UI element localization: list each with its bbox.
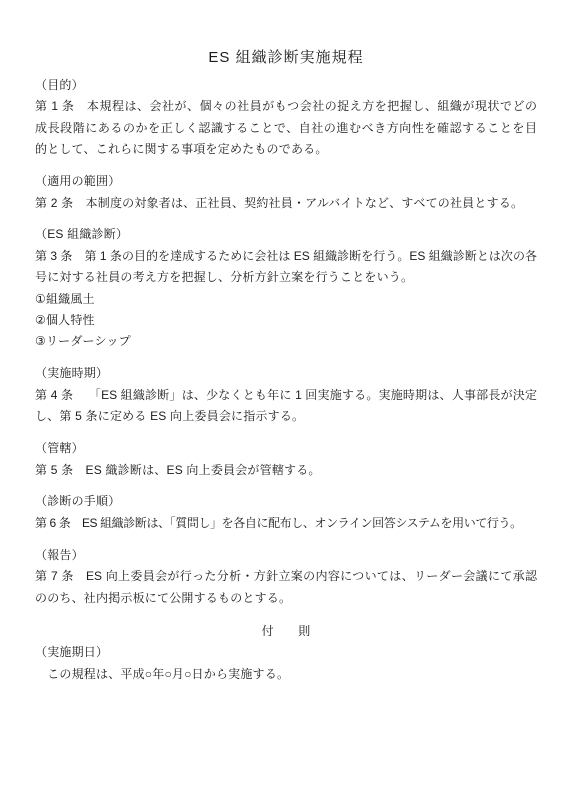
numbered-item: ②個人特性 — [35, 310, 537, 331]
section-heading: （管轄） — [35, 438, 537, 459]
section-heading: （実施時期） — [35, 363, 537, 384]
body-line: 第 3 条 第 1 条の目的を達成するために会社は ES 組織診断を行う。ES … — [35, 246, 537, 267]
section-es-diagnosis: （ES 組織診断） 第 3 条 第 1 条の目的を達成するために会社は ES 組… — [35, 224, 537, 352]
section-report: （報告） 第 7 条 ES 向上委員会が行った分析・方針立案の内容については、リ… — [35, 545, 537, 609]
section-scope: （適用の範囲） 第 2 条 本制度の対象者は、正社員、契約社員・アルバイトなど、… — [35, 171, 537, 214]
body-line: 第 7 条 ES 向上委員会が行った分析・方針立案の内容については、リーダー会議… — [35, 566, 537, 587]
numbered-item: ③リーダーシップ — [35, 331, 537, 352]
body-line: 的として、これらに関する事項を定めたものである。 — [35, 139, 537, 160]
section-heading: （報告） — [35, 545, 537, 566]
body-line: 第 6 条 ES 組織診断は、「質問し」を各自に配布し、オンライン回答システムを… — [35, 513, 537, 534]
body-line: 第 5 条 ES 織診断は、ES 向上委員会が管轄する。 — [35, 460, 537, 481]
document-title: ES 組織診断実施規程 — [35, 48, 537, 68]
body-line: ののち、社内掲示板にて公開するものとする。 — [35, 588, 537, 609]
regulation-document: ES 組織診断実施規程 （目的） 第 1 条 本規程は、会社が、個々の社員がもつ… — [0, 0, 570, 811]
section-heading: （適用の範囲） — [35, 171, 537, 192]
body-line: 成長段階にあるのかを正しく認識することで、自社の進むべき方向性を確認することを目 — [35, 118, 537, 139]
section-heading: （ES 組織診断） — [35, 224, 537, 245]
section-purpose: （目的） 第 1 条 本規程は、会社が、個々の社員がもつ会社の捉え方を把握し、組… — [35, 75, 537, 161]
section-timing: （実施時期） 第 4 条 「ES 組織診断」は、少なくとも年に 1 回実施する。… — [35, 363, 537, 427]
body-line: 号に対する社員の考え方を把握し、分析方針立案を行うことをいう。 — [35, 267, 537, 288]
section-heading: （実施期日） — [35, 642, 537, 663]
body-line: し、第 5 条に定める ES 向上委員会に指示する。 — [35, 406, 537, 427]
body-line: 第 4 条 「ES 組織診断」は、少なくとも年に 1 回実施する。実施時期は、人… — [35, 385, 537, 406]
section-effective-date: （実施期日） この規程は、平成○年○月○日から実施する。 — [35, 642, 537, 685]
body-line: 第 2 条 本制度の対象者は、正社員、契約社員・アルバイトなど、すべての社員とす… — [35, 193, 537, 214]
appendix-title: 付 則 — [35, 621, 537, 642]
body-line: この規程は、平成○年○月○日から実施する。 — [35, 664, 537, 685]
numbered-item: ①組織風土 — [35, 289, 537, 310]
section-heading: （診断の手順） — [35, 491, 537, 512]
section-heading: （目的） — [35, 75, 537, 96]
body-line: 第 1 条 本規程は、会社が、個々の社員がもつ会社の捉え方を把握し、組織が現状で… — [35, 96, 537, 117]
section-jurisdiction: （管轄） 第 5 条 ES 織診断は、ES 向上委員会が管轄する。 — [35, 438, 537, 481]
section-procedure: （診断の手順） 第 6 条 ES 組織診断は、「質問し」を各自に配布し、オンライ… — [35, 491, 537, 534]
